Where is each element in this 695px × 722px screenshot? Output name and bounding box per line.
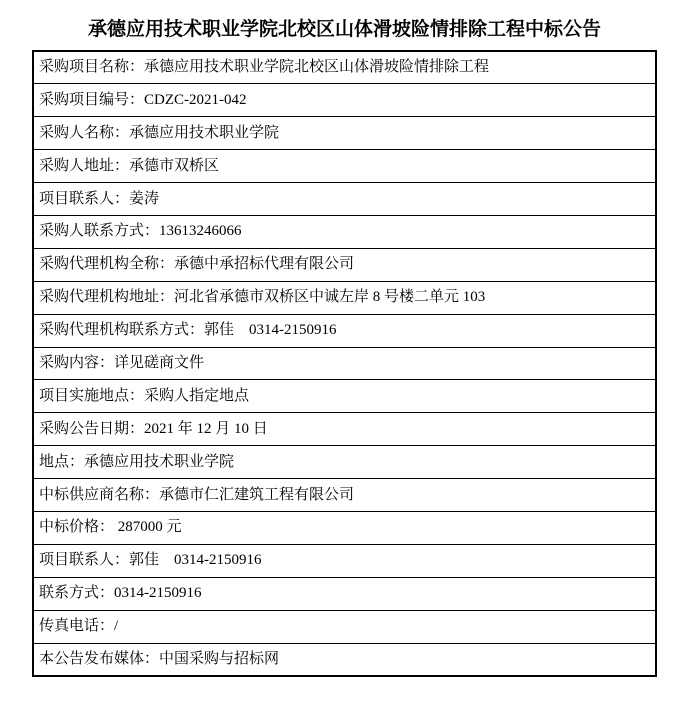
row-value: 2021 年 12 月 10 日 <box>144 421 268 437</box>
row-label: 采购内容： <box>39 355 114 371</box>
table-row: 项目联系人：郭佳 0314-2150916 <box>33 544 656 577</box>
table-row: 项目联系人：姜涛 <box>33 183 656 216</box>
table-row: 采购人地址：承德市双桥区 <box>33 150 656 183</box>
row-label: 采购人名称： <box>39 125 129 141</box>
row-value: 承德中承招标代理有限公司 <box>174 256 354 272</box>
row-label: 地点： <box>39 454 84 470</box>
document-page: 承德应用技术职业学院北校区山体滑坡险情排除工程中标公告 采购项目名称：承德应用技… <box>32 0 657 677</box>
row-label: 采购代理机构全称： <box>39 256 174 272</box>
table-row: 采购代理机构全称：承德中承招标代理有限公司 <box>33 248 656 281</box>
row-label: 采购人地址： <box>39 158 129 174</box>
row-value: 郭佳 0314-2150916 <box>129 552 262 568</box>
row-value: 详见磋商文件 <box>114 355 204 371</box>
table-row: 采购人联系方式：13613246066 <box>33 215 656 248</box>
row-label: 采购代理机构联系方式： <box>39 322 204 338</box>
row-label: 中标价格： <box>39 519 114 535</box>
table-row: 地点：承德应用技术职业学院 <box>33 446 656 479</box>
row-value: 承德应用技术职业学院 <box>84 454 234 470</box>
table-row: 传真电话：/ <box>33 610 656 643</box>
notice-table: 采购项目名称：承德应用技术职业学院北校区山体滑坡险情排除工程 采购项目编号：CD… <box>32 50 657 677</box>
row-label: 采购项目名称： <box>39 59 144 75</box>
row-label: 采购公告日期： <box>39 421 144 437</box>
row-value: 0314-2150916 <box>114 585 202 601</box>
row-value: 中国采购与招标网 <box>159 651 279 667</box>
row-label: 项目联系人： <box>39 191 129 207</box>
row-value: 承德应用技术职业学院 <box>129 125 279 141</box>
table-row: 中标供应商名称：承德市仁汇建筑工程有限公司 <box>33 479 656 512</box>
table-row: 采购代理机构地址：河北省承德市双桥区中诚左岸 8 号楼二单元 103 <box>33 281 656 314</box>
row-label: 中标供应商名称： <box>39 487 159 503</box>
table-row: 本公告发布媒体：中国采购与招标网 <box>33 643 656 676</box>
row-label: 采购项目编号： <box>39 92 144 108</box>
table-row: 采购公告日期：2021 年 12 月 10 日 <box>33 413 656 446</box>
table-row: 采购项目编号：CDZC-2021-042 <box>33 84 656 117</box>
row-value: 姜涛 <box>129 191 159 207</box>
row-value: 承德市仁汇建筑工程有限公司 <box>159 487 354 503</box>
row-label: 采购人联系方式： <box>39 223 159 239</box>
table-row: 项目实施地点：采购人指定地点 <box>33 380 656 413</box>
row-label: 传真电话： <box>39 618 114 634</box>
row-value: 13613246066 <box>159 223 242 239</box>
table-row: 中标价格： 287000 元 <box>33 511 656 544</box>
page-title: 承德应用技术职业学院北校区山体滑坡险情排除工程中标公告 <box>32 17 657 43</box>
row-value: / <box>114 618 118 634</box>
row-value: 承德应用技术职业学院北校区山体滑坡险情排除工程 <box>144 59 489 75</box>
row-label: 本公告发布媒体： <box>39 651 159 667</box>
row-value: 河北省承德市双桥区中诚左岸 8 号楼二单元 103 <box>174 289 485 305</box>
table-row: 采购内容：详见磋商文件 <box>33 347 656 380</box>
row-value: CDZC-2021-042 <box>144 92 247 108</box>
table-row: 采购人名称：承德应用技术职业学院 <box>33 117 656 150</box>
row-label: 项目实施地点： <box>39 388 144 404</box>
row-label: 联系方式： <box>39 585 114 601</box>
row-value: 287000 元 <box>114 519 182 535</box>
row-value: 承德市双桥区 <box>129 158 219 174</box>
row-value: 郭佳 0314-2150916 <box>204 322 337 338</box>
table-row: 采购代理机构联系方式：郭佳 0314-2150916 <box>33 314 656 347</box>
row-label: 采购代理机构地址： <box>39 289 174 305</box>
row-value: 采购人指定地点 <box>144 388 249 404</box>
row-label: 项目联系人： <box>39 552 129 568</box>
table-row: 采购项目名称：承德应用技术职业学院北校区山体滑坡险情排除工程 <box>33 51 656 84</box>
table-row: 联系方式：0314-2150916 <box>33 577 656 610</box>
